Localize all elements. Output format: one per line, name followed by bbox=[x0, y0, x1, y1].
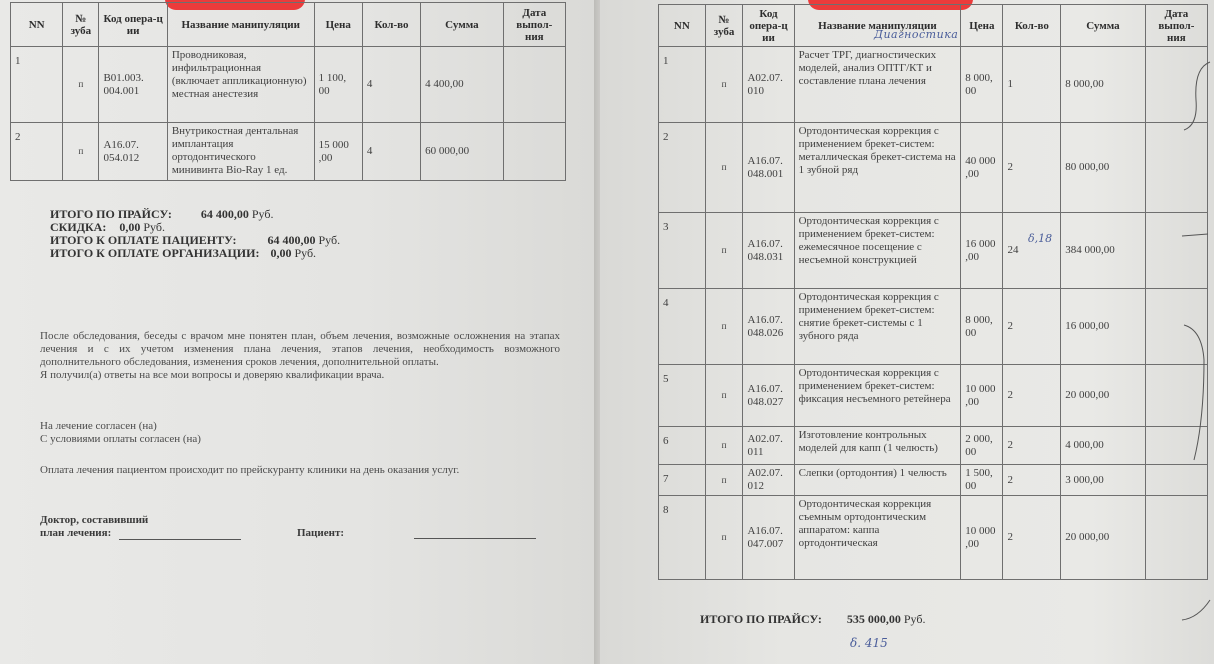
table-row: 4пА16.07. 048.026Ортодонтическая коррекц… bbox=[659, 289, 1208, 365]
cell-qty: 2 bbox=[1003, 365, 1061, 427]
cell-name: Внутрикостная дентальная имплантация орт… bbox=[167, 123, 314, 181]
cell-tooth: п bbox=[705, 123, 743, 213]
discount-label: СКИДКА: bbox=[50, 220, 106, 234]
handwritten-note: Диагностика bbox=[874, 28, 958, 41]
table-row: 8пА16.07. 047.007Ортодонтическая коррекц… bbox=[659, 496, 1208, 580]
cell-tooth: п bbox=[63, 47, 99, 123]
treatment-plan-table-left: NN № зуба Код опера-ц ии Название манипу… bbox=[10, 2, 566, 181]
patient-total-label: ИТОГО К ОПЛАТЕ ПАЦИЕНТУ: bbox=[50, 233, 236, 247]
cell-sum: 20 000,00 bbox=[1061, 365, 1145, 427]
cell-code: А16.07. 054.012 bbox=[99, 123, 167, 181]
cell-qty: 4 bbox=[362, 123, 420, 181]
table-row: 1пВ01.003. 004.001Проводниковая, инфильт… bbox=[11, 47, 566, 123]
col-header-nn: NN bbox=[659, 5, 706, 47]
table-header-row: NN № зуба Код опера-ц ии Название манипу… bbox=[11, 3, 566, 47]
cell-price: 1 100, 00 bbox=[314, 47, 362, 123]
cell-code: А02.07. 011 bbox=[743, 427, 794, 465]
table-row: 6пА02.07. 011Изготовление контрольных мо… bbox=[659, 427, 1208, 465]
cell-name: Изготовление контрольных моделей для кап… bbox=[794, 427, 961, 465]
cell-sum: 60 000,00 bbox=[421, 123, 503, 181]
col-header-sum: Сумма bbox=[1061, 5, 1145, 47]
cell-price: 10 000 ,00 bbox=[961, 496, 1003, 580]
cell-nn: 3 bbox=[659, 213, 706, 289]
cell-code: А16.07. 048.026 bbox=[743, 289, 794, 365]
cell-nn: 2 bbox=[11, 123, 63, 181]
totals-block-right: ИТОГО ПО ПРАЙСУ: 535 000,00 Руб. bbox=[700, 612, 925, 627]
agreement-lines: На лечение согласен (на) С условиями опл… bbox=[40, 420, 201, 446]
cell-name: Ортодонтическая коррекция съемным ортодо… bbox=[794, 496, 961, 580]
cell-tooth: п bbox=[705, 365, 743, 427]
doctor-label-2: план лечения: bbox=[40, 527, 111, 539]
total-price-label: ИТОГО ПО ПРАЙСУ: bbox=[700, 612, 822, 626]
agree-payment: С условиями оплаты согласен (на) bbox=[40, 433, 201, 446]
cell-nn: 4 bbox=[659, 289, 706, 365]
cell-price: 40 000 ,00 bbox=[961, 123, 1003, 213]
cell-name: Ортодонтическая коррекция с применением … bbox=[794, 123, 961, 213]
table-row: 5пА16.07. 048.027Ортодонтическая коррекц… bbox=[659, 365, 1208, 427]
cell-name: Ортодонтическая коррекция с применением … bbox=[794, 213, 961, 289]
col-header-qty: Кол-во bbox=[362, 3, 420, 47]
cell-code: А02.07. 010 bbox=[743, 47, 794, 123]
consent-text: После обследования, беседы с врачом мне … bbox=[40, 330, 560, 369]
cell-code: В01.003. 004.001 bbox=[99, 47, 167, 123]
cell-code: А16.07. 048.001 bbox=[743, 123, 794, 213]
cell-name: Слепки (ортодонтия) 1 челюсть bbox=[794, 465, 961, 496]
col-header-tooth: № зуба bbox=[705, 5, 743, 47]
cell-sum: 80 000,00 bbox=[1061, 123, 1145, 213]
pen-bracket-marks bbox=[1180, 40, 1214, 640]
currency: Руб. bbox=[252, 207, 274, 221]
cell-name: Расчет ТРГ, диагностических моделей, ана… bbox=[794, 47, 961, 123]
currency: Руб. bbox=[318, 233, 340, 247]
total-price-value: 64 400,00 bbox=[201, 207, 249, 221]
cell-sum: 16 000,00 bbox=[1061, 289, 1145, 365]
table-row: 2пА16.07. 054.012Внутрикостная дентальна… bbox=[11, 123, 566, 181]
patient-signature-line bbox=[414, 527, 536, 539]
currency: Руб. bbox=[294, 246, 316, 260]
cell-tooth: п bbox=[63, 123, 99, 181]
cell-nn: 5 bbox=[659, 365, 706, 427]
cell-name: Ортодонтическая коррекция с применением … bbox=[794, 365, 961, 427]
cell-qty: 2 bbox=[1003, 123, 1061, 213]
cell-qty: 24 bbox=[1003, 213, 1061, 289]
handwritten-note: δ,18 bbox=[1028, 232, 1052, 245]
cell-sum: 3 000,00 bbox=[1061, 465, 1145, 496]
cell-qty: 2 bbox=[1003, 465, 1061, 496]
cell-tooth: п bbox=[705, 47, 743, 123]
doctor-label-1: Доктор, составивший bbox=[40, 514, 241, 527]
handwritten-note: δ. 415 bbox=[850, 636, 888, 650]
agree-treatment: На лечение согласен (на) bbox=[40, 420, 201, 433]
doctor-signature-line bbox=[119, 528, 241, 540]
col-header-qty: Кол-во bbox=[1003, 5, 1061, 47]
cell-name: Ортодонтическая коррекция с применением … bbox=[794, 289, 961, 365]
cell-date bbox=[503, 123, 565, 181]
cell-tooth: п bbox=[705, 496, 743, 580]
cell-sum: 20 000,00 bbox=[1061, 496, 1145, 580]
col-header-code: Код опера-ц ии bbox=[743, 5, 794, 47]
table-row: 3пА16.07. 048.031Ортодонтическая коррекц… bbox=[659, 213, 1208, 289]
cell-date bbox=[503, 47, 565, 123]
cell-nn: 1 bbox=[11, 47, 63, 123]
treatment-plan-table-right: NN № зуба Код опера-ц ии Название манипу… bbox=[658, 4, 1208, 580]
cell-price: 16 000 ,00 bbox=[961, 213, 1003, 289]
cell-tooth: п bbox=[705, 289, 743, 365]
doctor-signature: Доктор, составивший план лечения: bbox=[40, 514, 241, 540]
col-header-nn: NN bbox=[11, 3, 63, 47]
total-price-value: 535 000,00 bbox=[847, 612, 901, 626]
cell-code: А16.07. 047.007 bbox=[743, 496, 794, 580]
patient-total-value: 64 400,00 bbox=[267, 233, 315, 247]
cell-nn: 8 bbox=[659, 496, 706, 580]
cell-sum: 4 400,00 bbox=[421, 47, 503, 123]
col-header-price: Цена bbox=[314, 3, 362, 47]
col-header-price: Цена bbox=[961, 5, 1003, 47]
cell-code: А02.07. 012 bbox=[743, 465, 794, 496]
col-header-date: Дата выпол-ния bbox=[503, 3, 565, 47]
col-header-tooth: № зуба bbox=[63, 3, 99, 47]
patient-label: Пациент: bbox=[297, 527, 344, 539]
cell-price: 10 000 ,00 bbox=[961, 365, 1003, 427]
total-price-label: ИТОГО ПО ПРАЙСУ: bbox=[50, 207, 172, 221]
cell-qty: 2 bbox=[1003, 289, 1061, 365]
cell-tooth: п bbox=[705, 213, 743, 289]
org-total-row: ИТОГО К ОПЛАТЕ ОРГАНИЗАЦИИ: 0,00 Руб. bbox=[50, 247, 340, 260]
cell-price: 8 000, 00 bbox=[961, 289, 1003, 365]
org-total-value: 0,00 bbox=[270, 246, 291, 260]
col-header-code: Код опера-ц ии bbox=[99, 3, 167, 47]
table-body: 1пВ01.003. 004.001Проводниковая, инфильт… bbox=[11, 47, 566, 181]
table-row: 7пА02.07. 012Слепки (ортодонтия) 1 челюс… bbox=[659, 465, 1208, 496]
currency: Руб. bbox=[143, 220, 165, 234]
cell-sum: 4 000,00 bbox=[1061, 427, 1145, 465]
cell-name: Проводниковая, инфильтрационная (включае… bbox=[167, 47, 314, 123]
table-row: 1пА02.07. 010Расчет ТРГ, диагностических… bbox=[659, 47, 1208, 123]
cell-price: 1 500, 00 bbox=[961, 465, 1003, 496]
cell-qty: 1 bbox=[1003, 47, 1061, 123]
cell-price: 2 000, 00 bbox=[961, 427, 1003, 465]
table-body: 1пА02.07. 010Расчет ТРГ, диагностических… bbox=[659, 47, 1208, 580]
cell-tooth: п bbox=[705, 465, 743, 496]
cell-nn: 7 bbox=[659, 465, 706, 496]
cell-sum: 384 000,00 bbox=[1061, 213, 1145, 289]
cell-nn: 2 bbox=[659, 123, 706, 213]
cell-nn: 6 bbox=[659, 427, 706, 465]
cell-code: А16.07. 048.027 bbox=[743, 365, 794, 427]
cell-qty: 4 bbox=[362, 47, 420, 123]
cell-sum: 8 000,00 bbox=[1061, 47, 1145, 123]
cell-price: 15 000 ,00 bbox=[314, 123, 362, 181]
cell-qty: 2 bbox=[1003, 496, 1061, 580]
cell-tooth: п bbox=[705, 427, 743, 465]
col-header-sum: Сумма bbox=[421, 3, 503, 47]
consent-paragraph: После обследования, беседы с врачом мне … bbox=[40, 330, 560, 382]
table-row: 2пА16.07. 048.001Ортодонтическая коррекц… bbox=[659, 123, 1208, 213]
payment-note: Оплата лечения пациентом происходит по п… bbox=[40, 464, 459, 476]
consent-text-2: Я получил(а) ответы на все мои вопросы и… bbox=[40, 369, 560, 382]
cell-price: 8 000, 00 bbox=[961, 47, 1003, 123]
org-total-label: ИТОГО К ОПЛАТЕ ОРГАНИЗАЦИИ: bbox=[50, 246, 259, 260]
cell-code: А16.07. 048.031 bbox=[743, 213, 794, 289]
cell-qty: 2 bbox=[1003, 427, 1061, 465]
patient-signature: Пациент: bbox=[297, 527, 536, 539]
cell-nn: 1 bbox=[659, 47, 706, 123]
document-page-left: NN № зуба Код опера-ц ии Название манипу… bbox=[0, 0, 596, 664]
totals-block: ИТОГО ПО ПРАЙСУ: 64 400,00 Руб. СКИДКА: … bbox=[50, 208, 340, 260]
discount-value: 0,00 bbox=[119, 220, 140, 234]
col-header-name: Название манипуляции bbox=[167, 3, 314, 47]
currency: Руб. bbox=[904, 612, 926, 626]
